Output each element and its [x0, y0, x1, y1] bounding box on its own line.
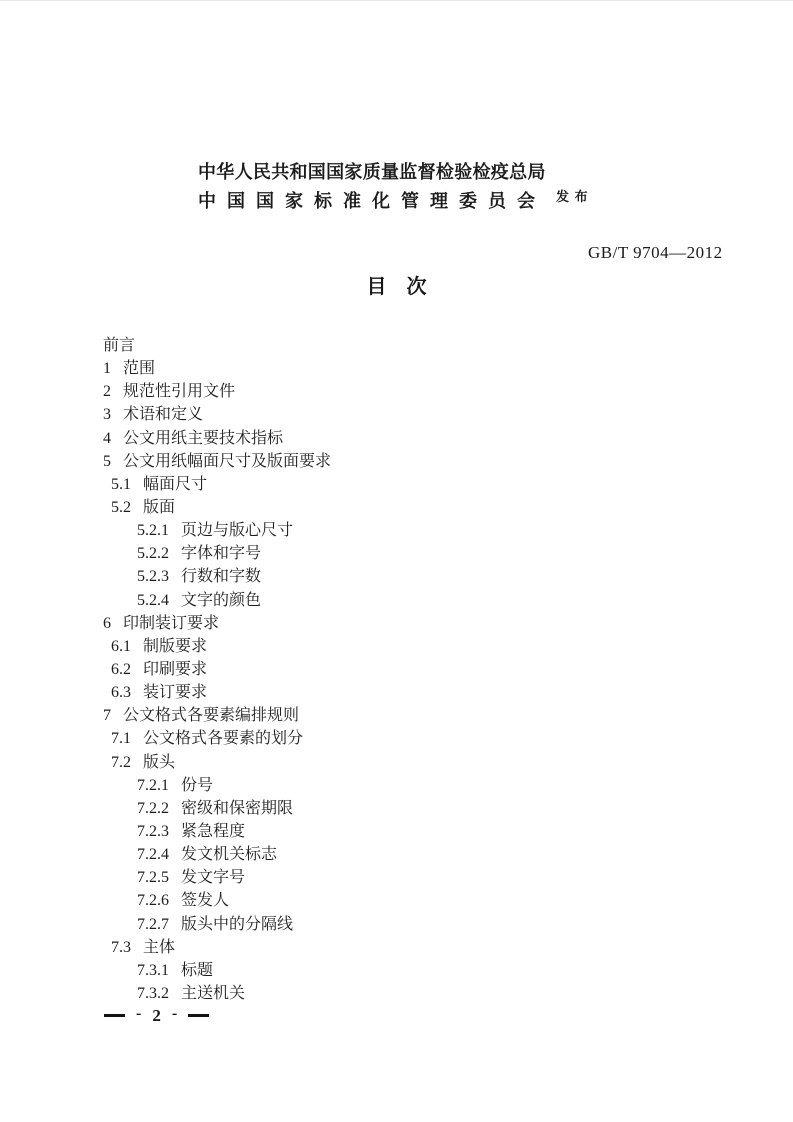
toc-title: 目 次 [0, 276, 793, 298]
toc-entry-number: 6.3 [111, 681, 131, 704]
toc-entry: 7.3.2主送机关 [103, 982, 331, 1005]
toc-entry: 7.1公文格式各要素的划分 [103, 727, 331, 750]
toc-entry-label: 公文格式各要素的划分 [143, 730, 303, 747]
toc-entry-label: 范围 [123, 360, 155, 377]
toc-list: 前言1范围2规范性引用文件3术语和定义4公文用纸主要技术指标5公文用纸幅面尺寸及… [103, 334, 331, 1005]
toc-entry-label: 术语和定义 [123, 406, 203, 423]
toc-entry: 3术语和定义 [103, 403, 331, 426]
toc-entry-label: 页边与版心尺寸 [181, 522, 293, 539]
toc-entry-number: 7.2.1 [137, 774, 169, 797]
toc-entry: 5.2.2字体和字号 [103, 542, 331, 565]
toc-entry: 7.2.6签发人 [103, 889, 331, 912]
toc-entry-number: 7.3.2 [137, 982, 169, 1005]
toc-entry: 6.1制版要求 [103, 635, 331, 658]
toc-entry-label: 行数和字数 [181, 568, 261, 585]
toc-entry-number: 7.2.4 [137, 843, 169, 866]
toc-entry-label: 密级和保密期限 [181, 800, 293, 817]
toc-entry-number: 7.2 [111, 751, 131, 774]
toc-entry-number: 5 [103, 450, 111, 473]
issuer-line-2: 中国国家标准化管理委员会 [198, 192, 546, 211]
toc-entry-label: 印刷要求 [143, 661, 207, 678]
toc-entry-number: 1 [103, 357, 111, 380]
toc-entry: 5.2.3行数和字数 [103, 565, 331, 588]
standard-header: 中华人民共和国国家质量监督检验检疫总局 中国国家标准化管理委员会 发 布 [198, 163, 589, 211]
toc-entry-number: 7 [103, 704, 111, 727]
toc-entry-label: 规范性引用文件 [123, 383, 235, 400]
toc-entry-label: 份号 [181, 777, 213, 794]
toc-entry: 7.2.5发文字号 [103, 866, 331, 889]
toc-entry-label: 字体和字号 [181, 545, 261, 562]
page-number-dash-right [188, 1014, 209, 1017]
page-number-hyphen-left: - [136, 1009, 141, 1019]
toc-entry-number: 7.2.6 [137, 889, 169, 912]
toc-entry-label: 主送机关 [181, 985, 245, 1002]
toc-entry-number: 6.1 [111, 635, 131, 658]
toc-entry-label: 发文机关标志 [181, 846, 277, 863]
page-number: 2 [152, 1007, 161, 1024]
publish-label: 发 布 [556, 190, 589, 203]
toc-entry: 7.2.7版头中的分隔线 [103, 913, 331, 936]
toc-entry-number: 7.3.1 [137, 959, 169, 982]
toc-entry-number: 7.2.5 [137, 866, 169, 889]
toc-entry: 6.3装订要求 [103, 681, 331, 704]
toc-entry: 7.2.3紧急程度 [103, 820, 331, 843]
toc-entry: 6印制装订要求 [103, 612, 331, 635]
toc-entry-label: 版头中的分隔线 [181, 916, 293, 933]
toc-entry-label: 公文格式各要素编排规则 [123, 707, 299, 724]
toc-entry: 1范围 [103, 357, 331, 380]
toc-entry: 5公文用纸幅面尺寸及版面要求 [103, 450, 331, 473]
toc-entry-number: 7.1 [111, 727, 131, 750]
toc-entry-number: 4 [103, 427, 111, 450]
toc-entry-label: 公文用纸幅面尺寸及版面要求 [123, 453, 331, 470]
toc-entry: 7.2.1份号 [103, 774, 331, 797]
page-footer: - 2 - [104, 1007, 209, 1024]
toc-entry-number: 2 [103, 380, 111, 403]
toc-entry-number: 3 [103, 403, 111, 426]
toc-entry-number: 6.2 [111, 658, 131, 681]
toc-entry-label: 签发人 [181, 892, 229, 909]
toc-entry-label: 发文字号 [181, 869, 245, 886]
toc-entry-number: 7.3 [111, 936, 131, 959]
toc-entry-number: 6 [103, 612, 111, 635]
toc-entry-label: 紧急程度 [181, 823, 245, 840]
toc-entry: 7.2.4发文机关标志 [103, 843, 331, 866]
toc-entry-number: 5.1 [111, 473, 131, 496]
issuer-row: 中国国家标准化管理委员会 发 布 [198, 192, 589, 211]
toc-entry: 7.2.2密级和保密期限 [103, 797, 331, 820]
toc-entry-number: 5.2 [111, 496, 131, 519]
toc-entry-number: 7.2.3 [137, 820, 169, 843]
toc-entry-label: 装订要求 [143, 684, 207, 701]
toc-entry-label: 文字的颜色 [181, 592, 261, 609]
toc-entry: 7.3主体 [103, 936, 331, 959]
toc-entry: 2规范性引用文件 [103, 380, 331, 403]
toc-entry-label: 印制装订要求 [123, 615, 219, 632]
toc-entry: 6.2印刷要求 [103, 658, 331, 681]
document-page: 中华人民共和国国家质量监督检验检疫总局 中国国家标准化管理委员会 发 布 GB/… [0, 0, 793, 1122]
toc-entry: 5.2版面 [103, 496, 331, 519]
toc-entry-label: 版头 [143, 754, 175, 771]
page-number-dash-left [104, 1014, 125, 1017]
toc-entry-number: 5.2.2 [137, 542, 169, 565]
page-number-hyphen-right: - [172, 1009, 177, 1019]
toc-entry: 5.2.4文字的颜色 [103, 589, 331, 612]
toc-entry: 7公文格式各要素编排规则 [103, 704, 331, 727]
toc-entry-number: 5.2.3 [137, 565, 169, 588]
toc-entry-number: 5.2.4 [137, 589, 169, 612]
toc-entry-label: 幅面尺寸 [143, 476, 207, 493]
toc-entry: 7.3.1标题 [103, 959, 331, 982]
toc-entry: 5.2.1页边与版心尺寸 [103, 519, 331, 542]
toc-entry-number: 7.2.7 [137, 913, 169, 936]
toc-entry-number: 5.2.1 [137, 519, 169, 542]
toc-entry-label: 标题 [181, 962, 213, 979]
toc-entry: 7.2版头 [103, 751, 331, 774]
toc-entry-label: 制版要求 [143, 638, 207, 655]
toc-entry-number: 7.2.2 [137, 797, 169, 820]
toc-entry: 4公文用纸主要技术指标 [103, 427, 331, 450]
toc-entry-label: 主体 [143, 939, 175, 956]
toc-entry: 前言 [103, 334, 331, 357]
issuer-line-1: 中华人民共和国国家质量监督检验检疫总局 [198, 163, 589, 182]
standard-code: GB/T 9704—2012 [588, 243, 723, 263]
toc-entry-label: 前言 [103, 337, 135, 354]
toc-entry-label: 版面 [143, 499, 175, 516]
toc-entry: 5.1幅面尺寸 [103, 473, 331, 496]
toc-entry-label: 公文用纸主要技术指标 [123, 430, 283, 447]
